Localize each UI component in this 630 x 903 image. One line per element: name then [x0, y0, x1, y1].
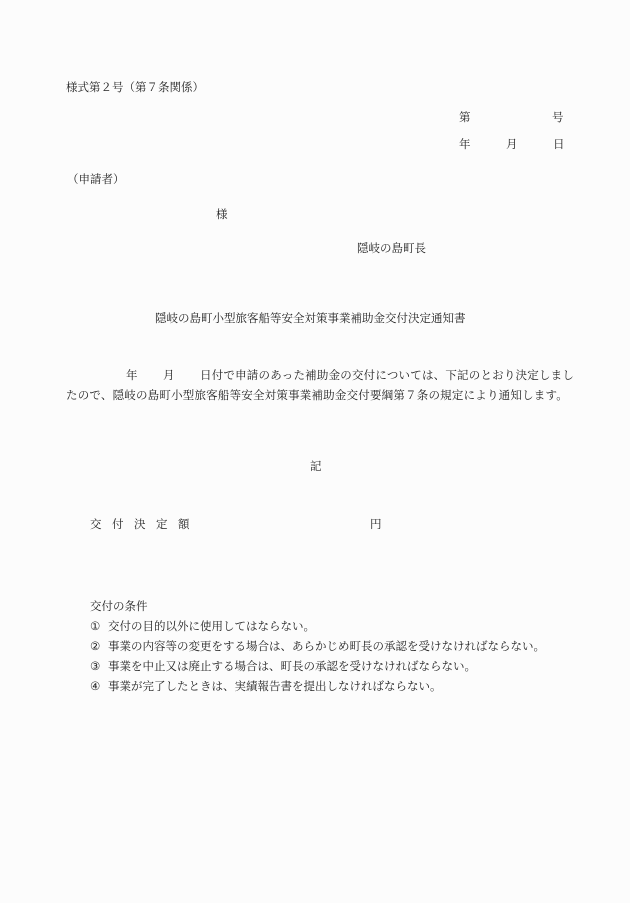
amount-label-char: 額 — [178, 519, 190, 531]
body-month: 月 — [163, 370, 175, 382]
number-prefix: 第 — [459, 112, 471, 124]
body-year: 年 — [126, 370, 138, 382]
addressee-honorific: 様 — [216, 209, 228, 221]
amount-unit: 円 — [370, 519, 382, 531]
number-suffix: 号 — [552, 112, 564, 124]
condition-item: ② 事業の内容等の変更をする場合は、あらかじめ町長の承認を受けなければならない。 — [90, 641, 545, 653]
condition-marker: ③ — [90, 659, 100, 673]
condition-text: 事業が完了したときは、実績報告書を提出しなければならない。 — [108, 679, 442, 693]
condition-text: 事業を中止又は廃止する場合は、町長の承認を受けなければならない。 — [108, 659, 476, 673]
condition-item: ③ 事業を中止又は廃止する場合は、町長の承認を受けなければならない。 — [90, 661, 476, 673]
condition-item: ① 交付の目的以外に使用してはならない。 — [90, 621, 315, 633]
condition-marker: ① — [90, 619, 100, 633]
condition-marker: ② — [90, 639, 100, 653]
applicant-label: （申請者） — [67, 174, 125, 186]
date-day: 日 — [553, 139, 565, 151]
amount-label: 交付決定額 — [90, 519, 190, 531]
amount-label-char: 付 — [112, 519, 134, 531]
issuer: 隠岐の島町長 — [357, 243, 426, 255]
amount-label-char: 決 — [134, 519, 156, 531]
form-label: 様式第２号（第７条関係） — [66, 82, 204, 94]
document-title: 隠岐の島町小型旅客船等安全対策事業補助金交付決定通知書 — [155, 313, 466, 325]
condition-item: ④ 事業が完了したときは、実績報告書を提出しなければならない。 — [90, 681, 441, 693]
amount-label-char: 定 — [156, 519, 178, 531]
condition-text: 事業の内容等の変更をする場合は、あらかじめ町長の承認を受けなければならない。 — [108, 639, 545, 653]
date-month: 月 — [506, 139, 518, 151]
condition-marker: ④ — [90, 679, 100, 693]
condition-text: 交付の目的以外に使用してはならない。 — [108, 619, 315, 633]
ki-heading: 記 — [310, 461, 322, 473]
date-year: 年 — [459, 139, 471, 151]
amount-label-char: 交 — [90, 519, 112, 531]
body-line-2: たので、隠岐の島町小型旅客船等安全対策事業補助金交付要綱第７条の規定により通知し… — [66, 390, 568, 402]
conditions-heading: 交付の条件 — [90, 601, 148, 613]
body-line-1: 日付で申請のあった補助金の交付については、下記のとおり決定しまし — [200, 370, 574, 382]
